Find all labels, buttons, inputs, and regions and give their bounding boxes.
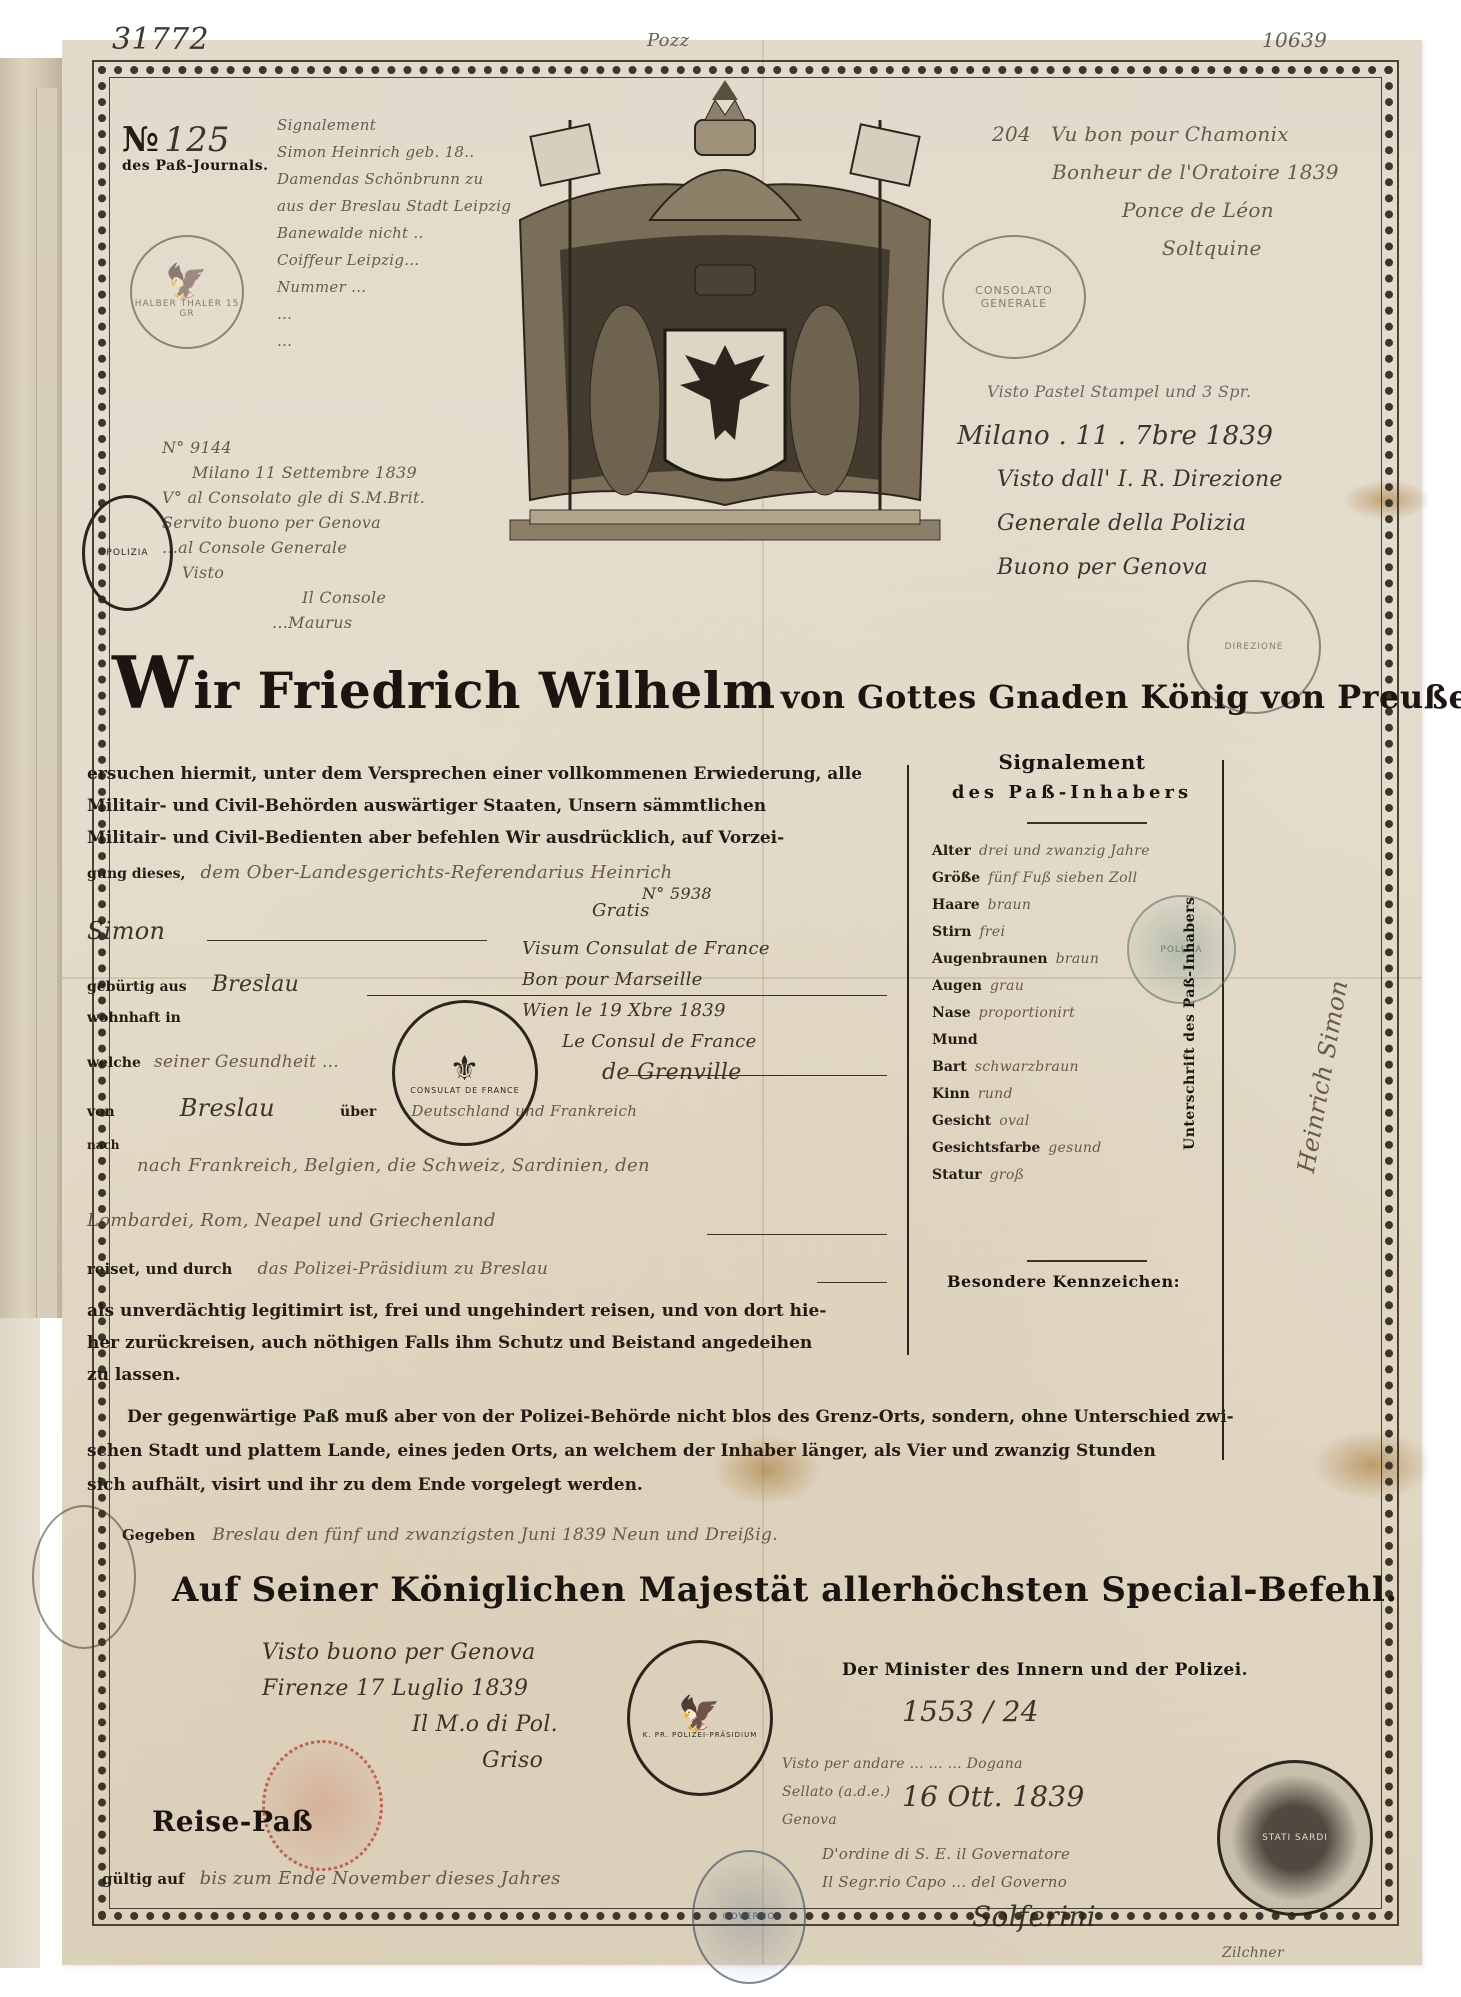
journal-number: 125 xyxy=(164,120,230,160)
visa-requirement-paragraph: Der gegenwärtige Paß muß aber von der Po… xyxy=(87,1400,1367,1502)
signalement-title: Signalement xyxy=(932,750,1212,774)
governor-signature: Solferini xyxy=(972,1900,1096,1933)
signalement-rule xyxy=(1027,822,1147,824)
black-corner-stamp: STATI SARDI xyxy=(1217,1760,1373,1916)
signalement-row: Gesichtoval xyxy=(932,1113,1030,1129)
signalement-row: Naseproportionirt xyxy=(932,1005,1075,1021)
journal-label: des Paß-Journals. xyxy=(122,158,268,174)
top-left-handwriting: Signalement Simon Heinrich geb. 18.. Dam… xyxy=(277,112,537,355)
field-destination: nach nach Frankreich, Belgien, die Schwe… xyxy=(87,1134,650,1176)
french-consulate-stamp: ⚜ CONSULAT DE FRANCE xyxy=(392,1000,538,1146)
signalement-left-divider xyxy=(907,765,909,1355)
title-continuation: von Gottes Gnaden König von Preußen etc.… xyxy=(781,678,1461,716)
binding-shadow xyxy=(0,1318,40,1968)
authority-line: Auf Seiner Königlichen Majestät allerhöc… xyxy=(172,1570,1398,1610)
book-binding xyxy=(0,58,63,1318)
french-visa-note: Gratis N° 5938 Visum Consulat de France … xyxy=(522,895,770,1088)
signalement-subtitle: des Paß-Inhabers xyxy=(932,782,1212,803)
document-title: Wir Friedrich Wilhelm von Gottes Gnaden … xyxy=(112,640,1461,725)
royal-coat-of-arms xyxy=(500,80,950,580)
registry-number: 1553 / 24 xyxy=(902,1695,1039,1728)
eagle-icon: ⚜ xyxy=(449,1052,480,1086)
field-residence: wohnhaft in xyxy=(87,1007,181,1026)
special-marks-label: Besondere Kennzeichen: xyxy=(947,1272,1180,1291)
signalement-row: Bartschwarzbraun xyxy=(932,1059,1079,1075)
signalement-row: Stirnfrei xyxy=(932,924,1005,940)
issue-date-line: Gegeben Breslau den fünf und zwanzigsten… xyxy=(122,1525,778,1545)
governor-note: D'ordine di S. E. il Governatore Il Segr… xyxy=(822,1840,1070,1896)
signalement-row: Kinnrund xyxy=(932,1086,1013,1102)
minister-label: Der Minister des Innern und der Polizei. xyxy=(842,1660,1248,1680)
top-right-number: 10639 xyxy=(1262,28,1327,52)
journal-number-block: № 125 des Paß-Journals. xyxy=(122,120,268,174)
destination-underline xyxy=(707,1234,887,1235)
issued-by-underline xyxy=(817,1282,887,1283)
signalement-row: Staturgroß xyxy=(932,1167,1024,1183)
validity-line: gültig auf bis zum Ende November dieses … xyxy=(102,1868,561,1889)
name-underline xyxy=(207,940,487,941)
police-eagle-stamp: 🦅 K. PR. POLIZEI-PRÄSIDIUM xyxy=(627,1640,773,1796)
eagle-icon: 🦅 xyxy=(678,1697,721,1731)
pass-type-label: Reise-Paß xyxy=(152,1805,313,1838)
signalement-right-divider xyxy=(1222,760,1224,1460)
passport-sheet: 31772 Pozz 10639 № 125 des Paß-Journals.… xyxy=(62,40,1422,1965)
field-purpose: welche seiner Gesundheit ... xyxy=(87,1052,339,1072)
left-edge-lower-stamp xyxy=(32,1505,136,1649)
signalement-row: Größefünf Fuß sieben Zoll xyxy=(932,870,1137,886)
body-intro: ersuchen hiermit, unter dem Versprechen … xyxy=(87,758,917,854)
field-from: von Breslau über Deutschland und Frankre… xyxy=(87,1094,637,1122)
signalement-bottom-rule xyxy=(1027,1260,1147,1262)
body-conclusion: als unverdächtig legitimirt ist, frei un… xyxy=(87,1295,917,1391)
title-initial: W xyxy=(112,640,193,725)
field-holder-name: Simon xyxy=(87,917,165,945)
title-name: ir Friedrich Wilhelm xyxy=(193,661,775,720)
number-sign: № xyxy=(122,120,159,160)
consulate-stamp: CONSOLATO GENERALE xyxy=(942,235,1086,359)
genoa-visa-date: 16 Ott. 1839 xyxy=(902,1780,1085,1813)
signalement-row: Haarebraun xyxy=(932,897,1031,913)
archive-number: 31772 xyxy=(112,22,209,57)
signalement-row: Mund xyxy=(932,1032,986,1048)
signalement-row: Augengrau xyxy=(932,978,1024,994)
field-issued-by: reiset, und durch das Polizei-Präsidium … xyxy=(87,1259,548,1279)
field-destination-continued: Lombardei, Rom, Neapel und Griechenland xyxy=(87,1210,496,1231)
blue-stamp: GOVERNO xyxy=(692,1850,806,1984)
signalement-row: Gesichtsfarbegesund xyxy=(932,1140,1102,1156)
eagle-icon: 🦅 xyxy=(165,265,208,299)
top-center-note: Pozz xyxy=(647,30,689,51)
coat-of-arms-icon xyxy=(500,80,950,580)
left-edge-stamp: POLIZIA xyxy=(82,495,173,611)
holder-signature-label: Unterschrift des Paß-Inhabers xyxy=(1182,897,1198,1150)
field-birthplace: gebürtig aus Breslau xyxy=(87,972,299,997)
binding-page-edge xyxy=(36,88,57,1318)
right-visa-note: Visto Pastel Stampel und 3 Spr. Milano .… xyxy=(957,370,1283,590)
bottom-right-note: Zilchner xyxy=(1222,1945,1284,1961)
left-visa-note: N° 9144 Milano 11 Settembre 1839 V° al C… xyxy=(162,435,425,635)
signalement-row: Augenbraunenbraun xyxy=(932,951,1099,967)
fee-stamp: 🦅 HALBER THALER 15 GR xyxy=(130,235,244,349)
signalement-row: Alterdrei und zwanzig Jahre xyxy=(932,843,1150,859)
